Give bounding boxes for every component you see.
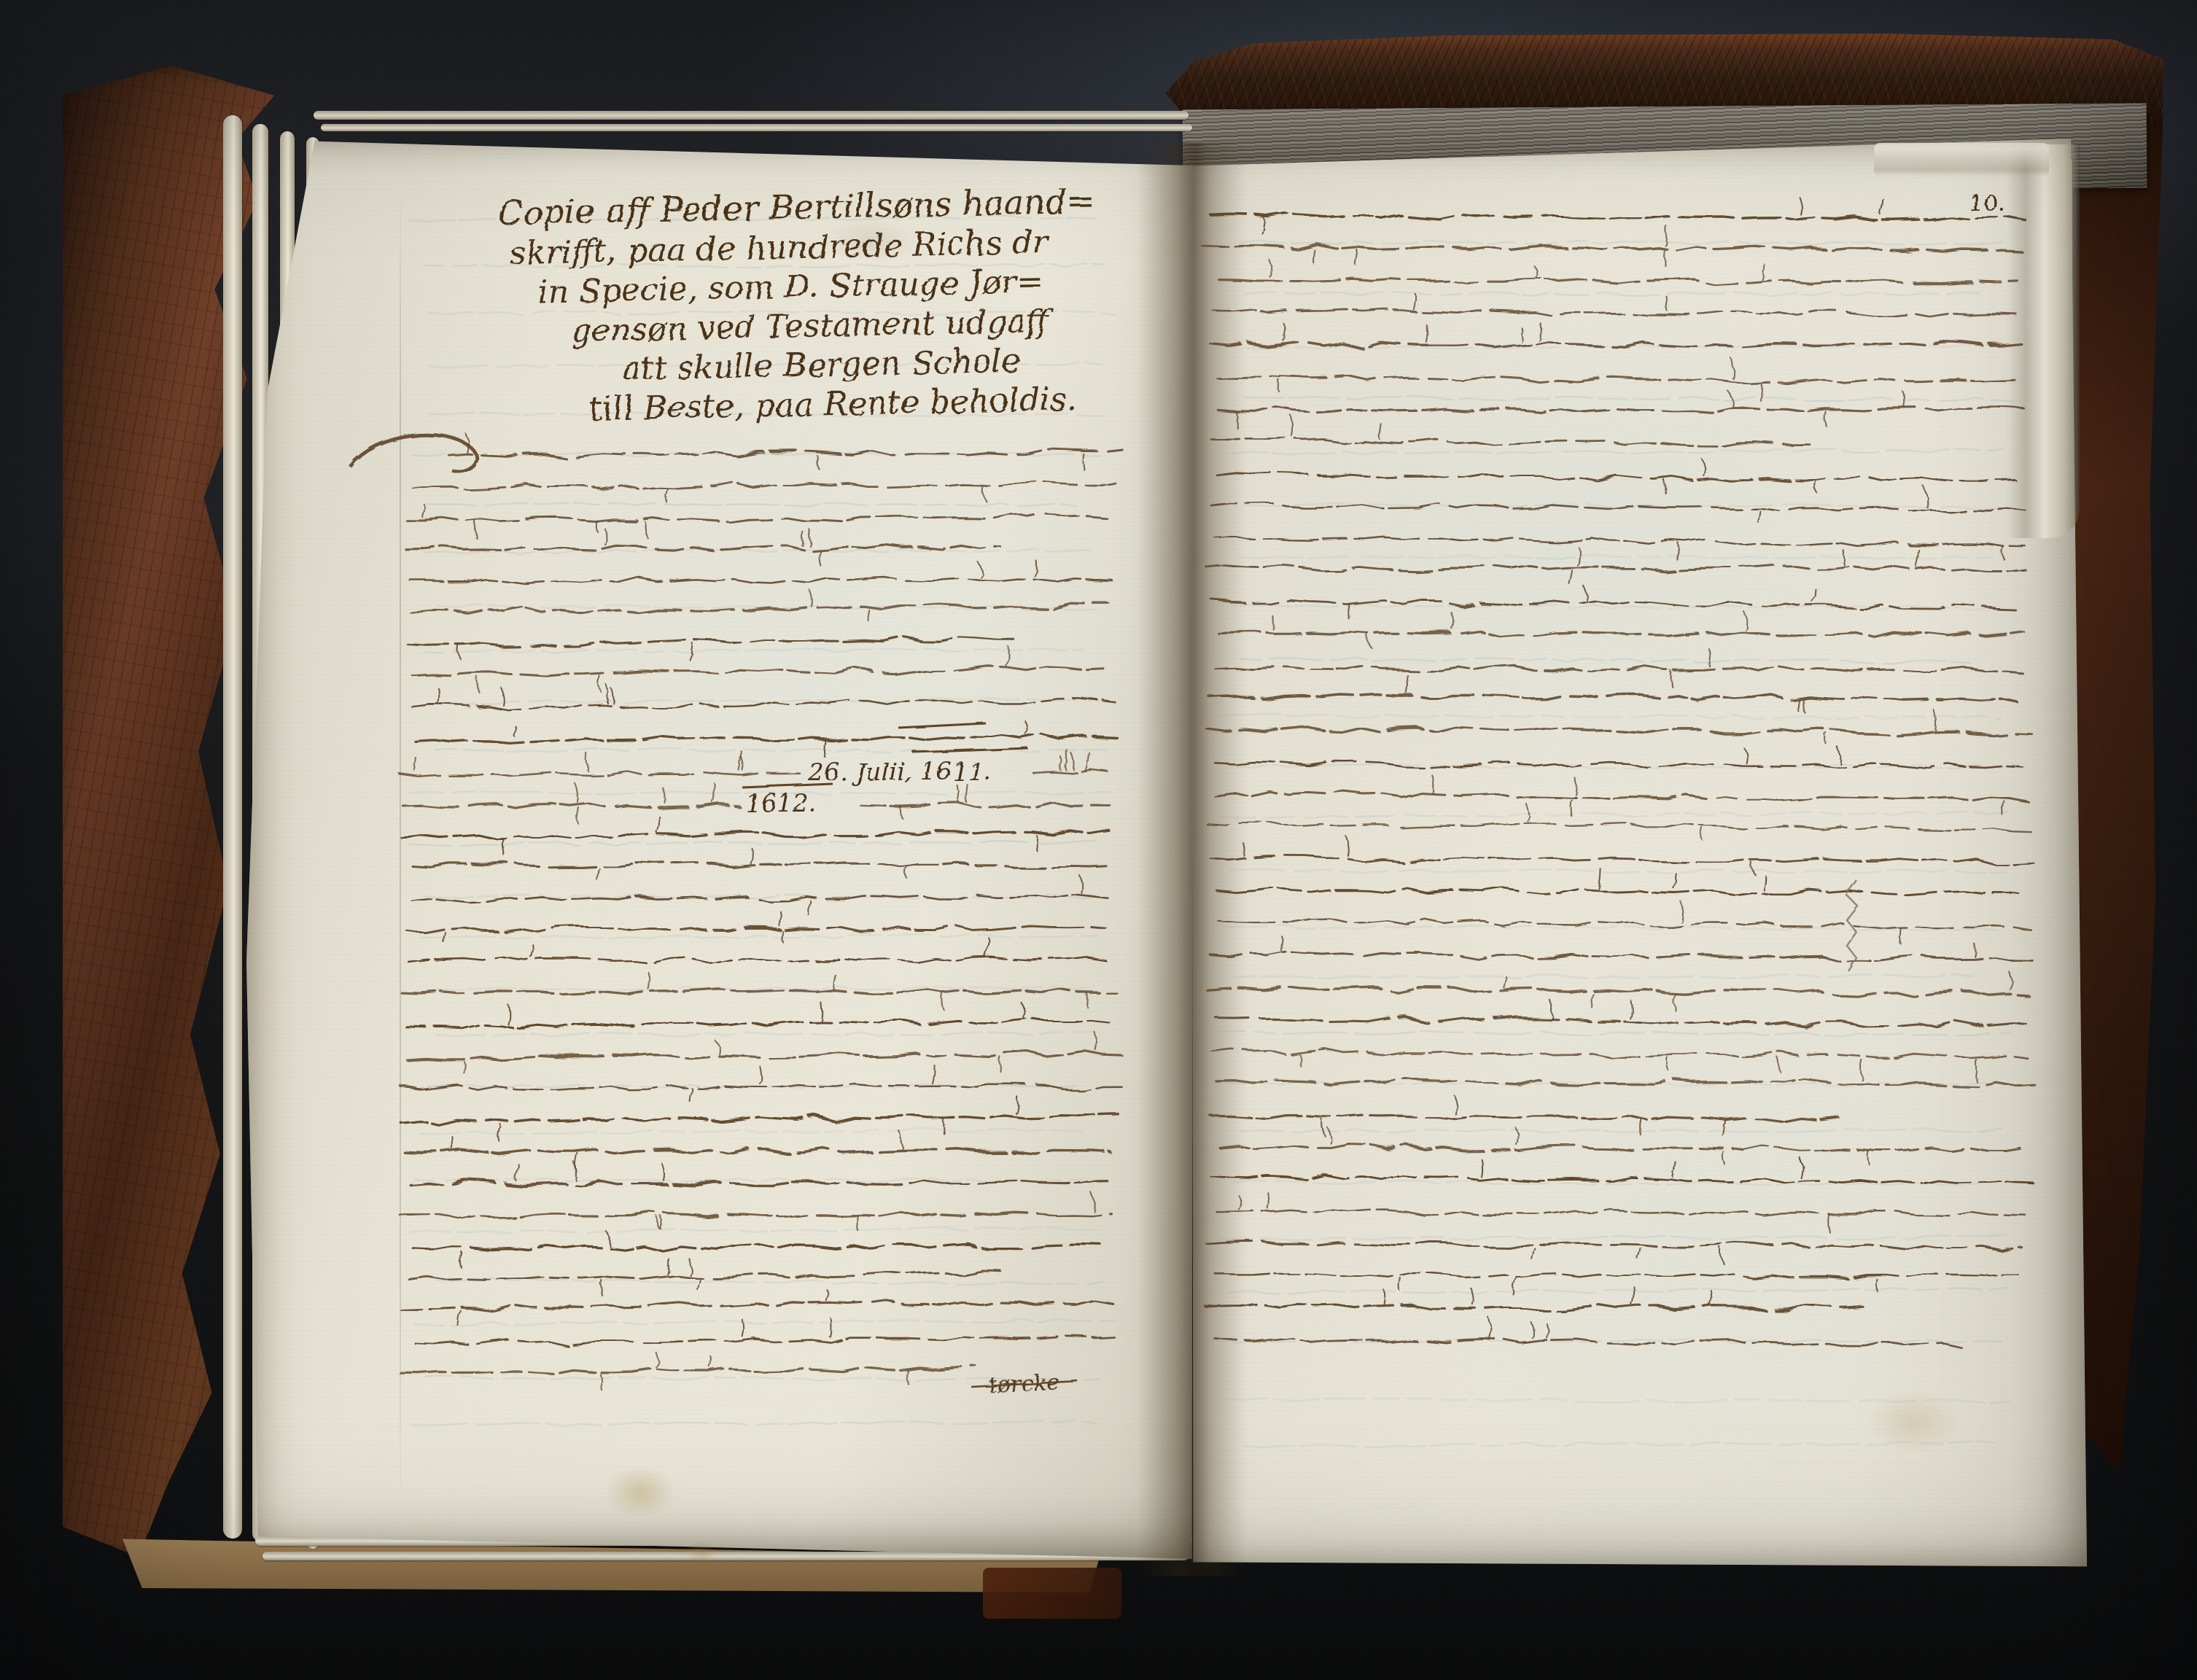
- handwriting-layer: Copie aff Peder Bertillsøns haand= skrif…: [0, 0, 2197, 1680]
- underline-rente: [898, 723, 986, 728]
- page-number: 10.: [1969, 190, 2006, 217]
- body-handwriting-left: [399, 435, 1122, 1391]
- photograph-of-manuscript: Copie aff Peder Bertillsøns haand= skrif…: [0, 0, 2197, 1680]
- showthrough-text-right: [1218, 241, 2013, 1448]
- body-handwriting-right: [1204, 197, 2034, 1346]
- heading-line-6: till Beste, paa Rente beholdis.: [589, 381, 1077, 428]
- legible-writing: Copie aff Peder Bertillsøns haand= skrif…: [350, 181, 2006, 1399]
- heading-line-5: att skulle Bergen Schole: [622, 343, 1022, 388]
- left-page-heading: Copie aff Peder Bertillsøns haand= skrif…: [497, 181, 1100, 429]
- date-1612: 1612.: [745, 789, 816, 818]
- date-1611: 26. Julii, 1611.: [807, 758, 992, 787]
